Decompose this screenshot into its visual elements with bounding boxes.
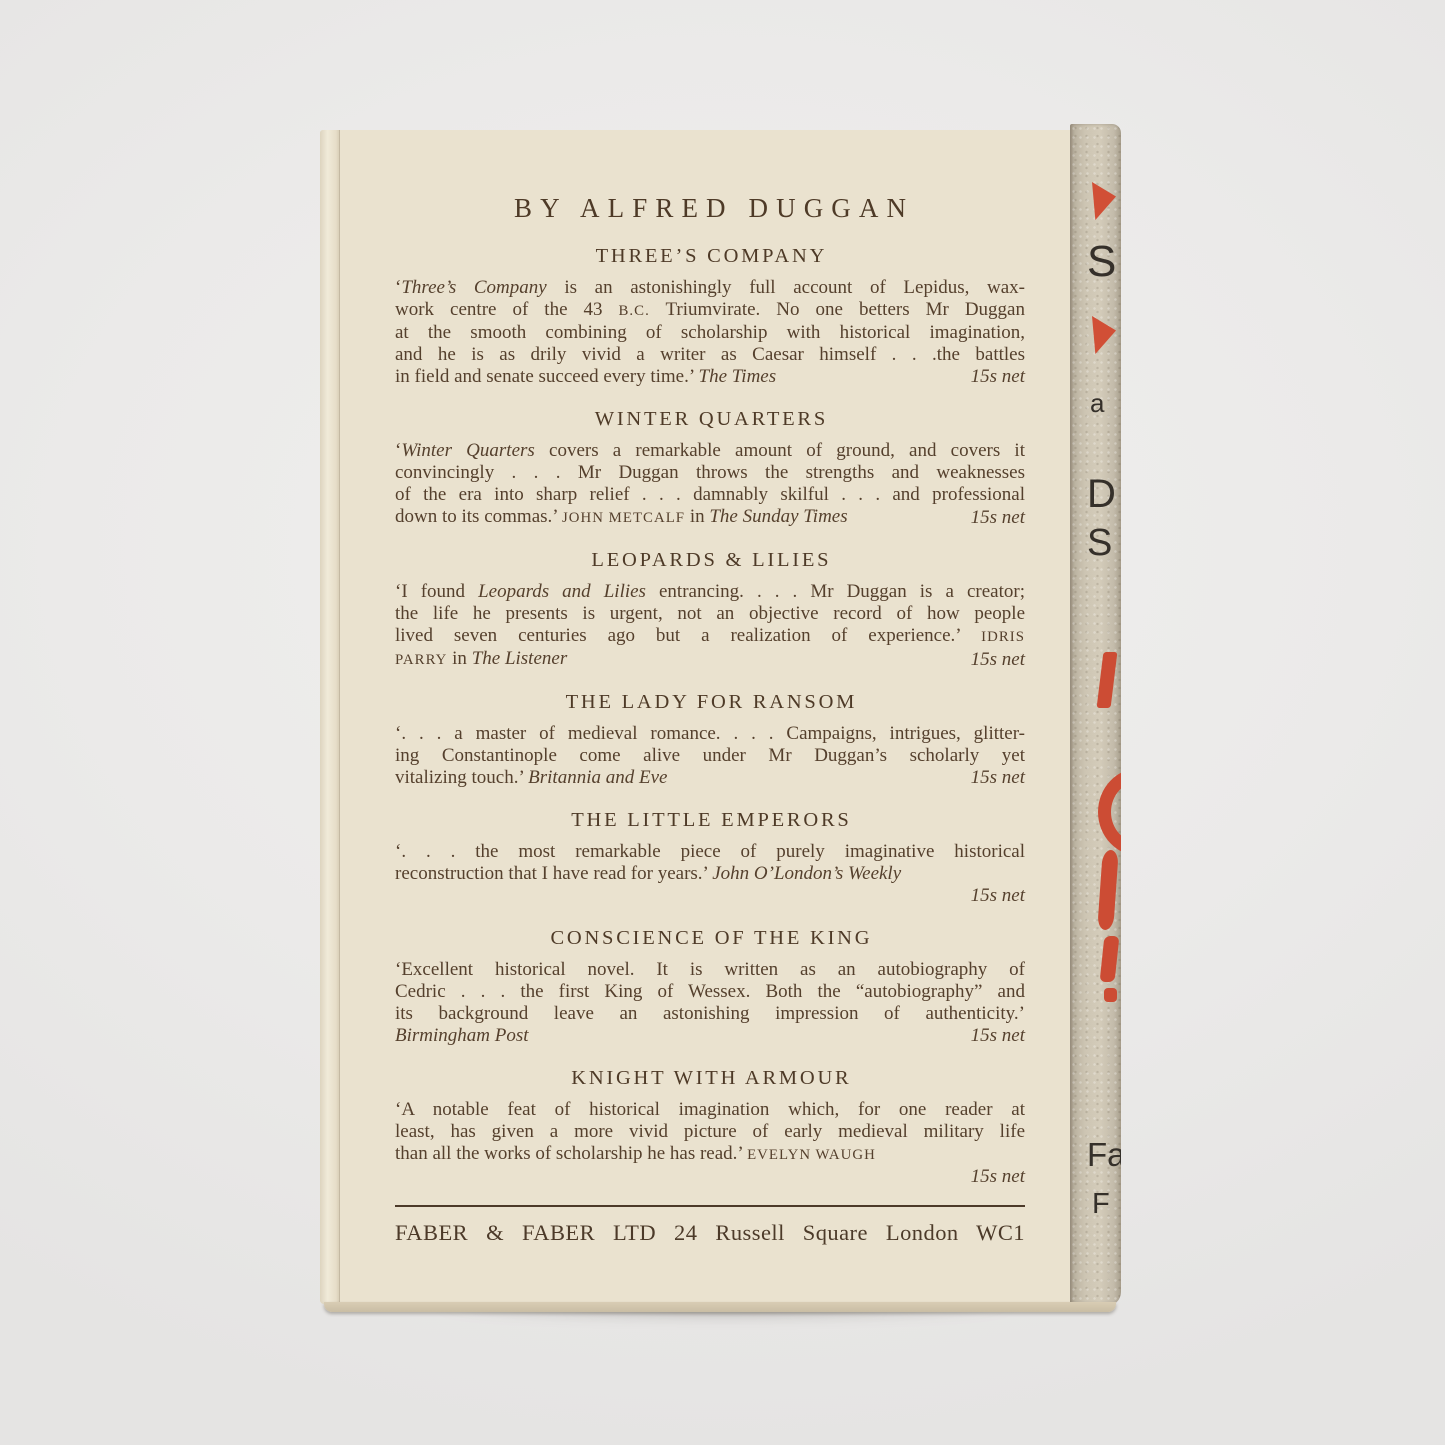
review-line: in field and senate succeed every time.’… (395, 366, 1025, 388)
review-line: ‘. . . the most remarkable piece of pure… (395, 841, 1025, 863)
book-section: LEOPARDS & LILIES ‘I found Leopards and … (395, 548, 1025, 671)
book-section: THE LITTLE EMPERORS ‘. . . the most rema… (395, 808, 1025, 907)
book-title: THREE’S COMPANY (395, 244, 1025, 268)
book-review: ‘. . . a master of medieval romance. . .… (395, 723, 1025, 789)
spine-red-letter-fragment (1100, 936, 1120, 982)
spine-red-letter-fragment (1097, 850, 1119, 930)
review-line: convincingly . . . Mr Duggan throws the … (395, 462, 1025, 484)
spine-red-wedge-icon (1092, 316, 1116, 354)
review-line: least, has given a more vivid picture of… (395, 1121, 1025, 1143)
author-heading: BY ALFRED DUGGAN (395, 192, 1025, 224)
review-line: and he is as drily vivid a writer as Cae… (395, 344, 1025, 366)
book-review: ‘Excellent historical novel. It is writt… (395, 959, 1025, 1047)
price: 15s net (971, 649, 1025, 671)
book-title: THE LITTLE EMPERORS (395, 808, 1025, 832)
review-line: ‘Three’s Company is an astonishingly ful… (395, 277, 1025, 299)
review-line: its background leave an astonishing impr… (395, 1003, 1025, 1025)
price: 15s net (395, 885, 1025, 907)
book-spine-edge: S a D S Fa F (1070, 124, 1121, 1306)
book-review: ‘Winter Quarters covers a remarkable amo… (395, 440, 1025, 529)
spine-letter: Fa (1087, 1138, 1121, 1171)
book-title: WINTER QUARTERS (395, 407, 1025, 431)
review-line: than all the works of scholarship he has… (395, 1143, 1025, 1166)
review-line: Cedric . . . the first King of Wessex. B… (395, 981, 1025, 1003)
review-line: ‘. . . a master of medieval romance. . .… (395, 723, 1025, 745)
book-section: KNIGHT WITH ARMOUR ‘A notable feat of hi… (395, 1066, 1025, 1188)
price: 15s net (395, 1166, 1025, 1188)
book-title: THE LADY FOR RANSOM (395, 690, 1025, 714)
spine-letter: D (1087, 474, 1116, 514)
back-cover-face: BY ALFRED DUGGAN THREE’S COMPANY ‘Three’… (320, 130, 1070, 1304)
book-title: LEOPARDS & LILIES (395, 548, 1025, 572)
review-line: Birmingham Post (395, 1025, 1025, 1047)
jacket-fold-edge (320, 130, 340, 1304)
photo-scene: S a D S Fa F BY ALFRED DUGGAN THREE’S CO… (0, 0, 1445, 1445)
spine-red-letter-fragment (1097, 652, 1118, 708)
price: 15s net (971, 507, 1025, 529)
book-review: ‘A notable feat of historical imaginatio… (395, 1099, 1025, 1188)
spine-red-wedge-icon (1092, 182, 1116, 220)
review-line: the life he presents is urgent, not an o… (395, 603, 1025, 625)
review-line: ing Constantinople come alive under Mr D… (395, 745, 1025, 767)
page-block-edge (324, 1302, 1116, 1312)
book-review: ‘Three’s Company is an astonishingly ful… (395, 277, 1025, 388)
spine-red-letter-fragment (1098, 768, 1121, 856)
book-section: WINTER QUARTERS ‘Winter Quarters covers … (395, 407, 1025, 529)
review-line: reconstruction that I have read for year… (395, 863, 1025, 885)
book-review: ‘. . . the most remarkable piece of pure… (395, 841, 1025, 907)
book-title: KNIGHT WITH ARMOUR (395, 1066, 1025, 1090)
book-review: ‘I found Leopards and Lilies entrancing.… (395, 581, 1025, 671)
book-section: THREE’S COMPANY ‘Three’s Company is an a… (395, 244, 1025, 388)
review-line: at the smooth combining of scholarship w… (395, 322, 1025, 344)
review-line: ‘A notable feat of historical imaginatio… (395, 1099, 1025, 1121)
divider-rule (395, 1205, 1025, 1207)
price: 15s net (971, 1025, 1025, 1047)
review-line: ‘I found Leopards and Lilies entrancing.… (395, 581, 1025, 603)
review-line: ‘Winter Quarters covers a remarkable amo… (395, 440, 1025, 462)
publisher-imprint-line: FABER & FABER LTD 24 Russell Square Lond… (395, 1220, 1025, 1246)
book-title: CONSCIENCE OF THE KING (395, 926, 1025, 950)
cover-text-block: BY ALFRED DUGGAN THREE’S COMPANY ‘Three’… (395, 130, 1025, 1366)
book-section: CONSCIENCE OF THE KING ‘Excellent histor… (395, 926, 1025, 1047)
spine-letter: F (1092, 1190, 1110, 1219)
review-line: lived seven centuries ago but a realizat… (395, 625, 1025, 648)
spine-letter: S (1087, 240, 1116, 284)
review-line: down to its commas.’ JOHN METCALF in The… (395, 506, 1025, 529)
review-line: ‘Excellent historical novel. It is writt… (395, 959, 1025, 981)
review-line: PARRY in The Listener (395, 648, 1025, 671)
review-line: of the era into sharp relief . . . damna… (395, 484, 1025, 506)
spine-letter: S (1087, 524, 1112, 562)
book-section: THE LADY FOR RANSOM ‘. . . a master of m… (395, 690, 1025, 789)
price: 15s net (971, 767, 1025, 789)
review-line: work centre of the 43 B.C. Triumvirate. … (395, 299, 1025, 322)
spine-red-letter-fragment (1104, 988, 1117, 1002)
book-back-cover: S a D S Fa F BY ALFRED DUGGAN THREE’S CO… (320, 130, 1121, 1308)
spine-letter: a (1090, 390, 1104, 416)
review-line: vitalizing touch.’ Britannia and Eve (395, 767, 1025, 789)
price: 15s net (971, 366, 1025, 388)
